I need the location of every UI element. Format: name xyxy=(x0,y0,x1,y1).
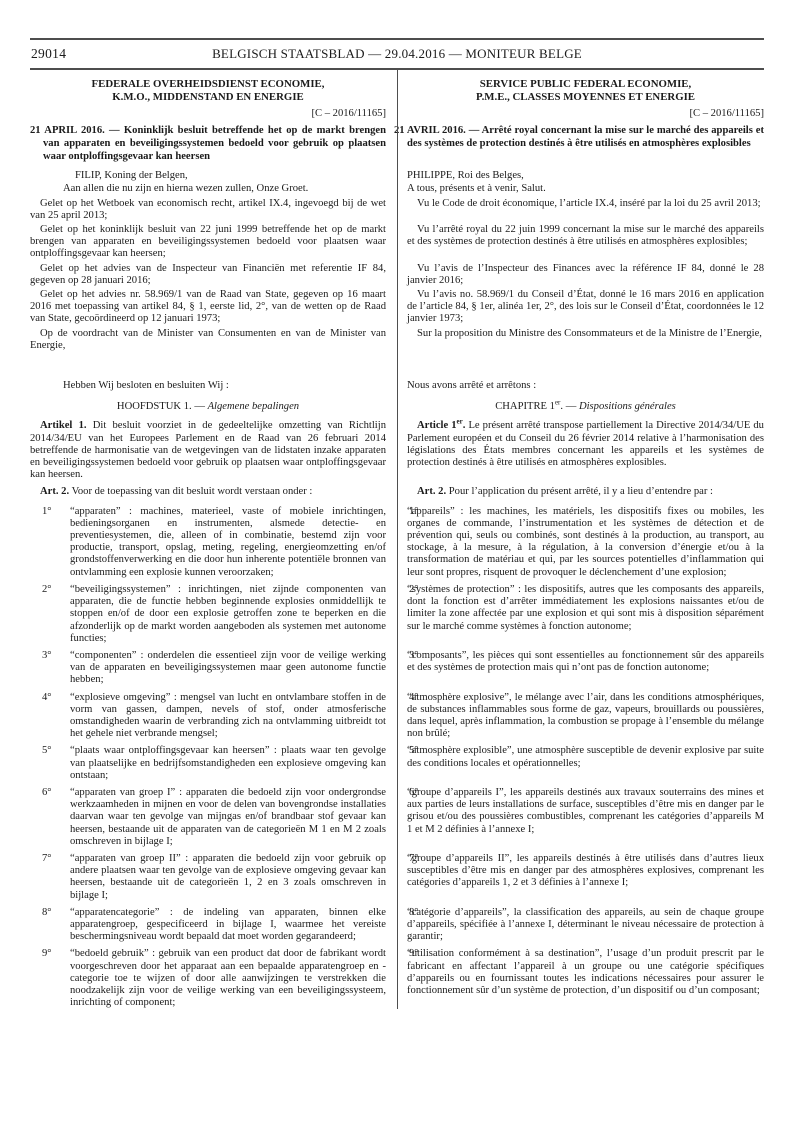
definition-item-nl: 5° “plaats waar ontploffingsgevaar kan h… xyxy=(30,745,397,782)
article-2-lead-nl: Art. 2. xyxy=(40,486,69,497)
article-2-lead-fr: Art. 2. xyxy=(417,486,446,497)
definition-item-nl: 6° “apparaten van groep I” : apparaten d… xyxy=(30,787,397,848)
definition-text-fr: “groupe d’appareils II”, les appareils d… xyxy=(407,853,764,888)
enacting-formula-nl: Hebben Wij besloten en besluiten Wij : xyxy=(30,380,397,392)
chapter-label-nl: HOOFDSTUK 1. — xyxy=(117,401,205,412)
preamble-paragraph-nl: Gelet op het Wetboek van economisch rech… xyxy=(30,198,397,222)
definition-number: 7° xyxy=(409,853,419,865)
definition-number: 8° xyxy=(409,907,419,919)
chapter-heading-nl: HOOFDSTUK 1. — Algemene bepalingen xyxy=(30,401,397,413)
page-header: 29014 BELGISCH STAATSBLAD — 29.04.2016 —… xyxy=(30,40,764,68)
definition-item-fr: 9° “utilisation conformément à sa destin… xyxy=(397,948,764,1009)
definition-text-fr: “catégorie d’appareils”, la classificati… xyxy=(407,907,764,942)
preamble-paragraph-nl: Op de voordracht van de Minister van Con… xyxy=(30,328,397,352)
definition-row: 1° “apparaten” : machines, materieel, va… xyxy=(30,506,764,579)
definition-item-fr: 6° “groupe d’appareils I”, les appareils… xyxy=(397,787,764,848)
article-2-text-nl: Voor de toepassing van dit besluit wordt… xyxy=(72,486,313,497)
definition-number: 9° xyxy=(42,948,52,960)
definition-text-fr: “atmosphère explosible”, une atmosphère … xyxy=(407,745,764,768)
definition-row: 6° “apparaten van groep I” : apparaten d… xyxy=(30,787,764,848)
definition-number: 4° xyxy=(42,692,52,704)
department-heading-fr: SERVICE PUBLIC FEDERAL ECONOMIE, P.M.E.,… xyxy=(397,70,764,104)
definition-row: 8° “apparatencategorie” : de indeling va… xyxy=(30,907,764,944)
definition-text-nl: “apparaten van groep II” : apparaten die… xyxy=(70,853,386,901)
reference-number-nl: [C – 2016/11165] xyxy=(30,108,397,120)
definition-item-fr: 8° “catégorie d’appareils”, la classific… xyxy=(397,907,764,944)
decree-title-fr: 21 AVRIL 2016. — Arrêté royal concernant… xyxy=(397,124,764,163)
enacting-formula-fr: Nous avons arrêté et arrêtons : xyxy=(397,380,764,392)
preamble-paragraph-fr: Vu l’avis de l’Inspecteur des Finances a… xyxy=(397,263,764,287)
definition-number: 1° xyxy=(409,506,419,518)
definition-number: 6° xyxy=(42,787,52,799)
article-1-lead-nl: Artikel 1. xyxy=(40,420,87,431)
definition-item-nl: 7° “apparaten van groep II” : apparaten … xyxy=(30,853,397,902)
preamble-paragraph-fr: Sur la proposition du Ministre des Conso… xyxy=(397,328,764,352)
definition-text-fr: “composants”, les pièces qui sont essent… xyxy=(407,650,764,673)
definition-item-nl: 2° “beveiligingssystemen” : inrichtingen… xyxy=(30,584,397,645)
definition-item-nl: 9° “bedoeld gebruik” : gebruik van een p… xyxy=(30,948,397,1009)
definition-number: 5° xyxy=(409,745,419,757)
definition-item-fr: 5° “atmosphère explosible”, une atmosphè… xyxy=(397,745,764,782)
masthead-title: BELGISCH STAATSBLAD — 29.04.2016 — MONIT… xyxy=(212,46,582,62)
definition-row: 7° “apparaten van groep II” : apparaten … xyxy=(30,853,764,902)
definition-row: 2° “beveiligingssystemen” : inrichtingen… xyxy=(30,584,764,645)
definition-number: 8° xyxy=(42,907,52,919)
definition-number: 5° xyxy=(42,745,52,757)
chapter-label-fr: CHAPITRE 1er. — xyxy=(495,401,576,412)
definition-item-fr: 1° “appareils” : les machines, les matér… xyxy=(397,506,764,579)
preamble-paragraph-fr: Vu l’avis no. 58.969/1 du Conseil d’État… xyxy=(397,289,764,326)
definition-text-nl: “explosieve omgeving” : mengsel van luch… xyxy=(70,692,386,740)
royal-salutation-nl: FILIP, Koning der Belgen, xyxy=(30,170,397,182)
definition-number: 6° xyxy=(409,787,419,799)
page-number: 29014 xyxy=(31,46,66,62)
definition-text-nl: “apparatencategorie” : de indeling van a… xyxy=(70,907,386,942)
definition-text-fr: “atmosphère explosive”, le mélange avec … xyxy=(407,692,764,740)
definition-item-nl: 1° “apparaten” : machines, materieel, va… xyxy=(30,506,397,579)
definition-number: 4° xyxy=(409,692,419,704)
definition-item-fr: 4° “atmosphère explosive”, le mélange av… xyxy=(397,692,764,741)
definition-number: 2° xyxy=(42,584,52,596)
definition-row: 3° “componenten” : onderdelen die essent… xyxy=(30,650,764,687)
definition-text-nl: “bedoeld gebruik” : gebruik van een prod… xyxy=(70,948,386,1008)
chapter-title-fr: Dispositions générales xyxy=(579,401,676,412)
definition-item-nl: 4° “explosieve omgeving” : mengsel van l… xyxy=(30,692,397,741)
definition-item-nl: 8° “apparatencategorie” : de indeling va… xyxy=(30,907,397,944)
definition-number: 3° xyxy=(409,650,419,662)
chapter-title-nl: Algemene bepalingen xyxy=(208,401,300,412)
top-margin xyxy=(30,0,764,38)
preamble-paragraph-nl: Gelet op het koninklijk besluit van 22 j… xyxy=(30,224,397,261)
definition-number: 9° xyxy=(409,948,419,960)
article-1-fr: Article 1er. Le présent arrêté transpose… xyxy=(397,420,764,481)
royal-salutation-fr: PHILIPPE, Roi des Belges, xyxy=(397,170,764,182)
definition-text-fr: “groupe d’appareils I”, les appareils de… xyxy=(407,787,764,835)
preamble-paragraph-nl: Gelet op het advies van de Inspecteur va… xyxy=(30,263,397,287)
greeting-nl: Aan allen die nu zijn en hierna wezen zu… xyxy=(30,183,397,195)
definition-number: 7° xyxy=(42,853,52,865)
definition-number: 1° xyxy=(42,506,52,518)
preamble-paragraph-fr: Vu le Code de droit économique, l’articl… xyxy=(397,198,764,222)
definition-row: 9° “bedoeld gebruik” : gebruik van een p… xyxy=(30,948,764,1009)
definition-row: 4° “explosieve omgeving” : mengsel van l… xyxy=(30,692,764,741)
preamble-paragraph-fr: Vu l’arrêté royal du 22 juin 1999 concer… xyxy=(397,224,764,261)
article-2-fr: Art. 2. Pour l’application du présent ar… xyxy=(397,486,764,498)
definition-number: 2° xyxy=(409,584,419,596)
definition-item-nl: 3° “componenten” : onderdelen die essent… xyxy=(30,650,397,687)
definition-text-fr: “systèmes de protection” : les dispositi… xyxy=(407,584,764,632)
definition-row: 5° “plaats waar ontploffingsgevaar kan h… xyxy=(30,745,764,782)
greeting-fr: A tous, présents et à venir, Salut. xyxy=(397,183,764,195)
article-2-nl: Art. 2. Voor de toepassing van dit beslu… xyxy=(30,486,397,498)
chapter-heading-fr: CHAPITRE 1er. — Dispositions générales xyxy=(397,401,764,413)
definition-text-nl: “beveiligingssystemen” : inrichtingen, n… xyxy=(70,584,386,644)
article-1-lead-fr: Article 1er. xyxy=(417,420,465,431)
definition-text-fr: “utilisation conformément à sa destinati… xyxy=(407,948,764,996)
definition-text-fr: “appareils” : les machines, les matériel… xyxy=(407,506,764,578)
preamble-paragraph-nl: Gelet op het advies nr. 58.969/1 van de … xyxy=(30,289,397,326)
definition-item-fr: 7° “groupe d’appareils II”, les appareil… xyxy=(397,853,764,902)
definition-text-nl: “apparaten” : machines, materieel, vaste… xyxy=(70,506,386,578)
decree-title-nl: 21 APRIL 2016. — Koninklijk besluit betr… xyxy=(30,124,397,163)
definition-text-nl: “apparaten van groep I” : apparaten die … xyxy=(70,787,386,847)
article-2-text-fr: Pour l’application du présent arrêté, il… xyxy=(449,486,713,497)
definition-text-nl: “plaats waar ontploffingsgevaar kan heer… xyxy=(70,745,386,780)
gazette-page: 29014 BELGISCH STAATSBLAD — 29.04.2016 —… xyxy=(0,0,794,1009)
definition-number: 3° xyxy=(42,650,52,662)
definition-item-fr: 3° “composants”, les pièces qui sont ess… xyxy=(397,650,764,687)
definition-text-nl: “componenten” : onderdelen die essentiee… xyxy=(70,650,386,685)
article-1-nl: Artikel 1. Dit besluit voorziet in de ge… xyxy=(30,420,397,481)
two-column-body: FEDERALE OVERHEIDSDIENST ECONOMIE, K.M.O… xyxy=(30,70,764,1009)
reference-number-fr: [C – 2016/11165] xyxy=(397,108,764,120)
definition-item-fr: 2° “systèmes de protection” : les dispos… xyxy=(397,584,764,645)
department-heading-nl: FEDERALE OVERHEIDSDIENST ECONOMIE, K.M.O… xyxy=(30,70,397,104)
